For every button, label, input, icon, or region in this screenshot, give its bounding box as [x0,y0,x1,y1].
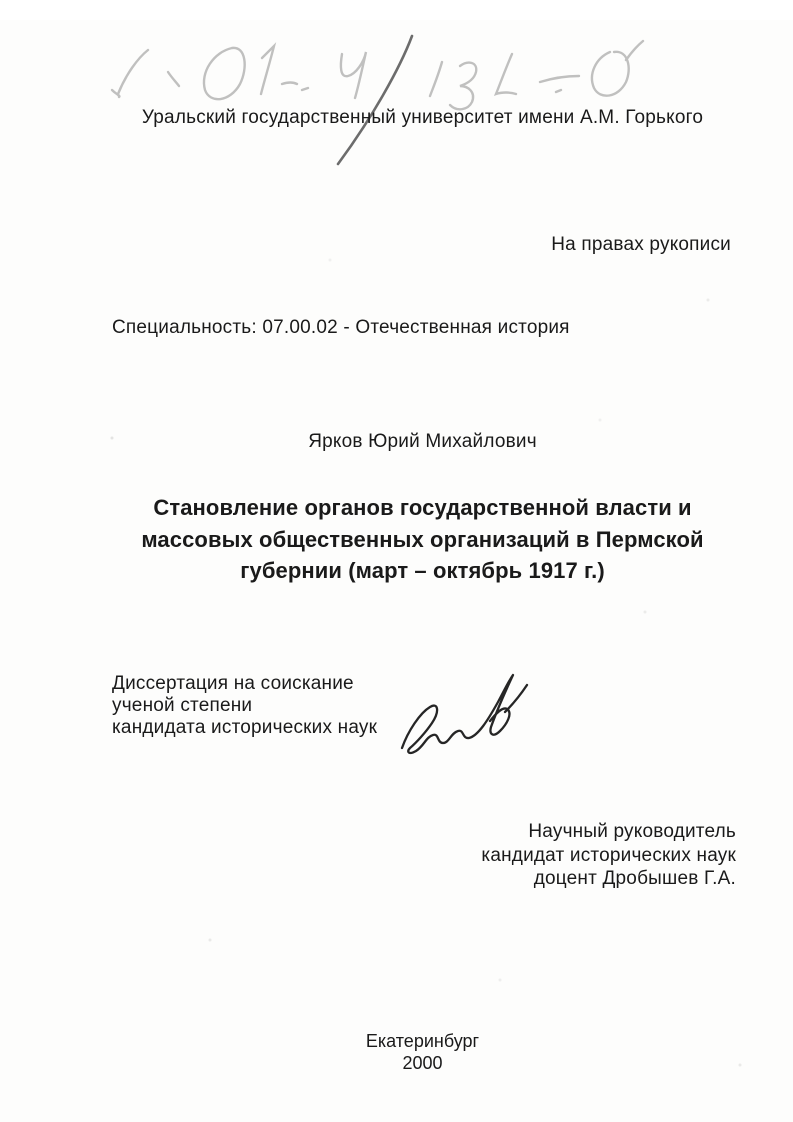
dissertation-title-page: Уральский государственный университет им… [0,0,793,1122]
advisor-line-3: доцент Дробышев Г.А. [481,867,736,891]
degree-statement: Диссертация на соискание ученой степени … [112,673,377,739]
advisor-line-1: Научный руководитель [481,820,736,844]
degree-line-2: ученой степени [112,695,377,717]
degree-line-1: Диссертация на соискание [112,673,377,695]
author-name: Ярков Юрий Михайлович [52,431,793,453]
dissertation-title: Становление органов государственной влас… [52,492,793,587]
university-name: Уральский государственный университет им… [52,107,793,129]
degree-line-3: кандидата исторических наук [112,717,377,739]
title-line-2: массовых общественных организаций в Перм… [52,524,793,556]
specialty-line: Специальность: 07.00.02 - Отечественная … [112,317,570,339]
handwritten-accession-mark [0,0,793,200]
title-line-1: Становление органов государственной влас… [52,492,793,524]
manuscript-rights-note: На правах рукописи [551,234,731,256]
advisor-block: Научный руководитель кандидат историческ… [481,820,736,891]
signature-icon [386,668,538,764]
imprint-city: Екатеринбург [52,1030,793,1052]
imprint: Екатеринбург 2000 [52,1030,793,1074]
author-signature [386,668,538,769]
title-line-3: губернии (март – октябрь 1917 г.) [52,555,793,587]
advisor-line-2: кандидат исторических наук [481,844,736,868]
imprint-year: 2000 [52,1052,793,1074]
